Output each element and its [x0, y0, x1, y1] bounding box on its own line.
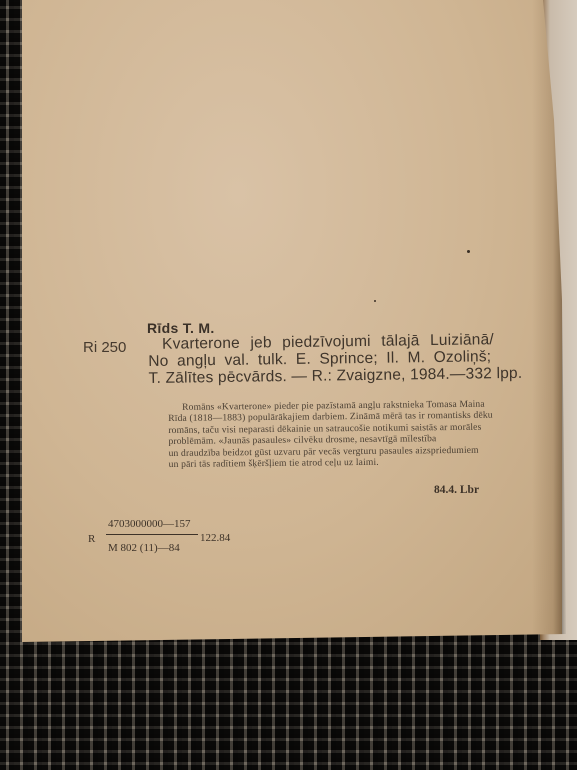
author-name: Rīds T. M.: [147, 320, 215, 336]
price-numerator: 4703000000—157: [108, 518, 191, 530]
price-denominator: M 802 (11)—84: [108, 542, 180, 554]
index-code: Ri 250: [83, 339, 126, 356]
classification-code: 84.4. Lbr: [434, 484, 479, 496]
fraction-rule: [106, 534, 198, 535]
price-suffix: 122.84: [200, 532, 230, 544]
paper-speck: [374, 300, 376, 302]
price-prefix: R: [88, 533, 95, 545]
bibliographic-entry: Kvarterone jeb piedzīvojumi tālajā Luizi…: [148, 331, 534, 387]
paper-speck: [467, 250, 470, 253]
book-page: Rīds T. M. Ri 250 Kvarterone jeb piedzīv…: [22, 0, 562, 642]
annotation-paragraph: Romāns «Kvarterone» pieder pie pazīstamā…: [168, 398, 549, 470]
